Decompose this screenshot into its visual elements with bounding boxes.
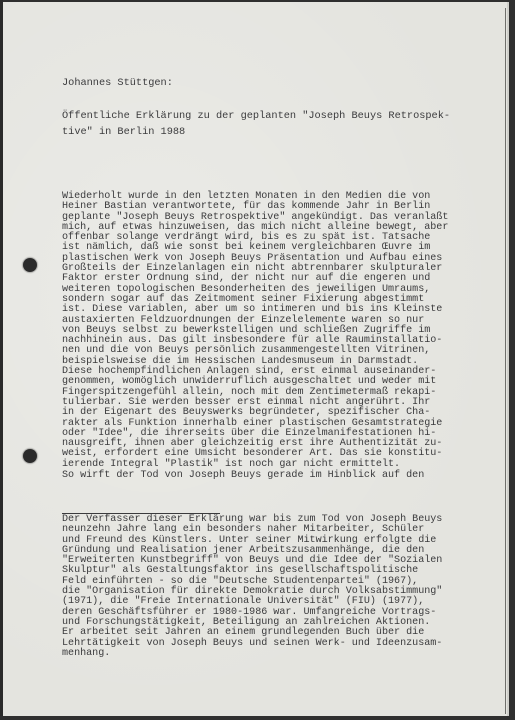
punch-hole-bottom [23, 449, 37, 463]
footnote-line: Lehrtätigkeit von Joseph Beuys und seine… [62, 639, 442, 649]
body-line: in der Eigenart des Beuyswerks begründet… [62, 408, 448, 418]
document-title: Öffentliche Erklärung zu der geplanten "… [62, 108, 450, 140]
punch-hole-top [23, 258, 37, 272]
scan-border-bottom [0, 716, 515, 720]
body-continuation: So wirft der Tod von Joseph Beuys gerade… [62, 471, 424, 481]
title-line: Öffentliche Erklärung zu der geplanten "… [62, 108, 450, 124]
footnote-line: menhang. [62, 649, 442, 659]
body-line: ierende Integral "Plastik" ist noch gar … [62, 460, 448, 470]
title-line: tive" in Berlin 1988 [62, 124, 450, 140]
footnote-paragraph: Der Verfasser dieser Erklärung war bis z… [62, 515, 442, 659]
author-line: Johannes Stüttgen: [62, 78, 173, 88]
page-edge-line [505, 8, 506, 714]
body-paragraph: Wiederholt wurde in den letzten Monaten … [62, 192, 448, 470]
